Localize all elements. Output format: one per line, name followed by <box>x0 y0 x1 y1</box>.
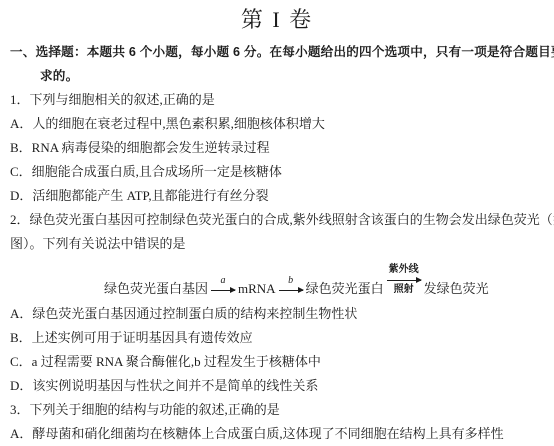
question-2-option-b: B．上述实例可用于证明基因具有遗传效应 <box>0 326 554 350</box>
right-arrow-icon <box>387 276 421 284</box>
uv-arrow-top-label: 紫外线 <box>389 264 419 276</box>
diagram-gene-node: 绿色荧光蛋白基因 <box>104 281 208 296</box>
diagram-mrna-node: mRNA <box>238 281 276 296</box>
uv-irradiation-arrow-group: 紫外线 照射 <box>387 264 421 296</box>
question-2-stem-line1: 2．绿色荧光蛋白基因可控制绿色荧光蛋白的合成,紫外线照射含该蛋白的生物会发出绿色… <box>0 208 554 232</box>
question-2-stem-line2: 图）。下列有关说法中错误的是 <box>0 232 554 256</box>
question-2-option-c: C．a 过程需要 RNA 聚合酶催化,b 过程发生于核糖体中 <box>0 350 554 374</box>
question-1-option-b: B．RNA 病毒侵染的细胞都会发生逆转录过程 <box>0 136 554 160</box>
uv-arrow-bottom-label: 照射 <box>394 284 414 296</box>
question-2-pathway-diagram: 绿色荧光蛋白基因 a mRNA b 绿色荧光蛋白 紫外线 照射 发绿色荧光 <box>0 256 554 302</box>
arrow-b-label: b <box>288 275 293 286</box>
question-1-option-a: A．人的细胞在衰老过程中,黑色素积累,细胞核体积增大 <box>0 112 554 136</box>
right-arrow-icon <box>279 286 303 294</box>
question-2-option-d: D．该实例说明基因与性状之间并不是简单的线性关系 <box>0 374 554 398</box>
diagram-result-node: 发绿色荧光 <box>424 281 489 296</box>
diagram-protein-node: 绿色荧光蛋白 <box>306 281 384 296</box>
section-instruction-line1: 一、选择题：本题共 6 个小题，每小题 6 分。在每小题给出的四个选项中，只有一… <box>0 40 554 64</box>
question-1-option-d: D．活细胞都能产生 ATP,且都能进行有丝分裂 <box>0 184 554 208</box>
right-arrow-icon <box>211 286 235 294</box>
transcription-arrow-group: a <box>211 275 235 294</box>
translation-arrow-group: b <box>279 275 303 294</box>
question-1-option-c: C．细胞能合成蛋白质,且合成场所一定是核糖体 <box>0 160 554 184</box>
question-2-option-a: A．绿色荧光蛋白基因通过控制蛋白质的结构来控制生物性状 <box>0 302 554 326</box>
question-3-option-a: A．酵母菌和硝化细菌均在核糖体上合成蛋白质,这体现了不同细胞在结构上具有多样性 <box>0 422 554 446</box>
page-title: 第 I 卷 <box>0 6 554 34</box>
question-3-stem: 3．下列关于细胞的结构与功能的叙述,正确的是 <box>0 398 554 422</box>
section-instruction-line2: 求的。 <box>0 64 554 88</box>
exam-paper-page: 第 I 卷 一、选择题：本题共 6 个小题，每小题 6 分。在每小题给出的四个选… <box>0 0 554 446</box>
arrow-a-label: a <box>221 275 226 286</box>
question-1-stem: 1．下列与细胞相关的叙述,正确的是 <box>0 88 554 112</box>
